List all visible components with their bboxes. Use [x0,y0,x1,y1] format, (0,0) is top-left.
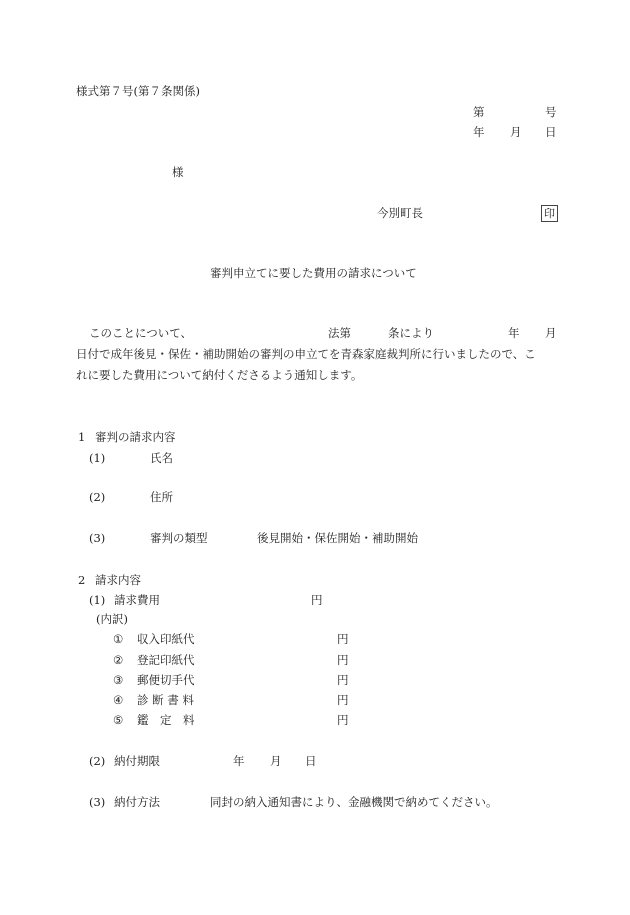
item-label-name: 氏名 [150,453,173,465]
form-number: 様式第７号(第７条関係) [76,86,200,98]
breakdown-unit: 円 [337,634,349,646]
deadline-label: 納付期限 [114,756,160,768]
breakdown-item-revenue-stamp: 収入印紙代 [137,634,195,646]
method-value: 同封の納入通知書により、金融機関で納めてください。 [210,797,498,809]
method-label: 納付方法 [114,797,160,809]
addressee-honorific: 様 [172,167,184,179]
body-line1-month: 月 [545,328,557,340]
body-line2: 日付で成年後見・保佐・補助開始の審判の申立てを青森家庭裁判所に行いましたので、こ [76,349,536,361]
billing-unit: 円 [311,595,323,607]
item-label-address: 住所 [150,492,173,504]
breakdown-number: ⑤ [113,715,123,727]
deadline-day: 日 [305,756,317,768]
section2-number: 2 [78,575,85,587]
billing-label: 請求費用 [114,595,160,607]
body-line1-article: 条により [388,328,434,340]
breakdown-number: ④ [113,695,123,707]
billing-number: (1) [89,595,105,607]
breakdown-item-appraisal-fee: 鑑 定 料 [137,715,195,727]
section1-heading: 審判の請求内容 [95,432,176,444]
breakdown-number: ① [113,634,123,646]
breakdown-item-postage: 郵便切手代 [137,675,195,687]
breakdown-unit: 円 [337,655,349,667]
deadline-number: (2) [89,756,105,768]
item-value-type: 後見開始・保佐開始・補助開始 [257,533,418,545]
breakdown-item-medical-certificate: 診 断 書 料 [137,695,194,707]
breakdown-unit: 円 [337,715,349,727]
breakdown-unit: 円 [337,675,349,687]
document-title: 審判申立てに要した費用の請求について [210,268,417,280]
section2-heading: 請求内容 [95,575,141,587]
item-number: (2) [89,492,105,504]
doc-number-prefix: 第 [473,107,485,119]
sender-title: 今別町長 [377,208,423,220]
item-number: (3) [89,533,105,545]
breakdown-number: ③ [113,675,123,687]
method-number: (3) [89,797,105,809]
deadline-month: 月 [270,756,282,768]
body-line1-year: 年 [508,328,520,340]
date-day: 日 [545,127,557,139]
breakdown-number: ② [113,655,123,667]
section1-number: 1 [78,432,85,444]
item-label-type: 審判の類型 [150,533,208,545]
body-line3: れに要した費用について納付くださるよう通知します。 [76,370,362,382]
body-line1-law: 法第 [328,328,351,340]
date-month: 月 [510,127,522,139]
deadline-year: 年 [233,756,245,768]
breakdown-label: (内訳) [96,614,128,626]
item-number: (1) [89,453,105,465]
body-line1-intro: このことについて、 [89,328,192,340]
breakdown-unit: 円 [337,695,349,707]
seal-stamp: 印 [541,205,558,222]
breakdown-item-registration-stamp: 登記印紙代 [137,655,195,667]
date-year: 年 [473,127,485,139]
doc-number-suffix: 号 [545,107,557,119]
